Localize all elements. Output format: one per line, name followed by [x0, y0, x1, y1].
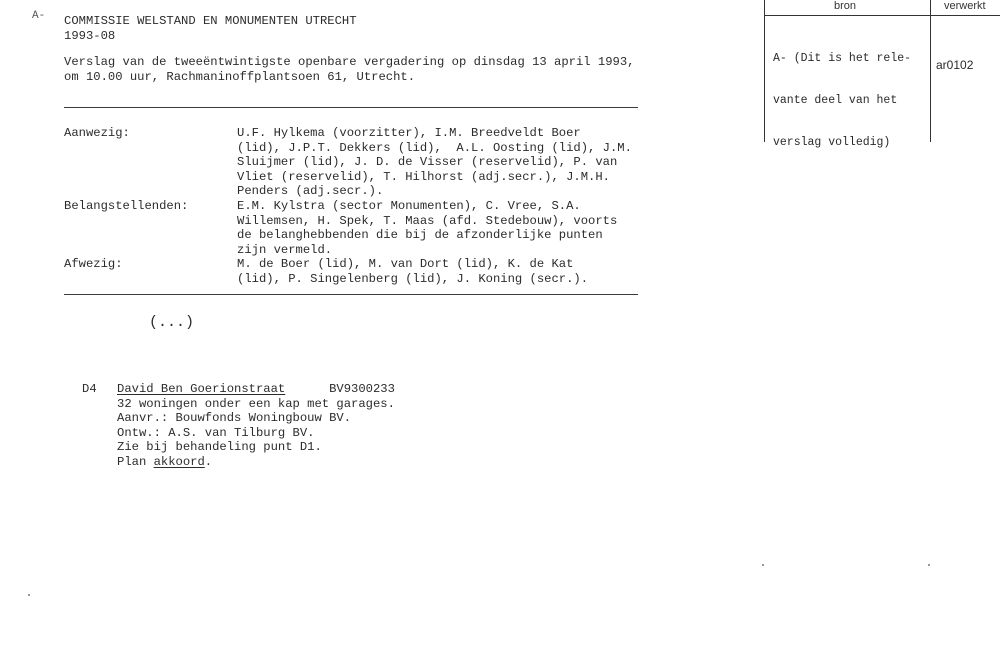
column-header-source: bron	[834, 0, 856, 12]
attendance-line: zijn vermeld.	[237, 243, 617, 258]
attendance-line: de belanghebbenden die bij de afzonderli…	[237, 228, 617, 243]
attendance-absent-names: M. de Boer (lid), M. van Dort (lid), K. …	[237, 257, 588, 286]
attendance-line: (lid), J.P.T. Dekkers (lid), A.L. Oostin…	[237, 141, 632, 156]
processed-code: ar0102	[936, 58, 973, 72]
verdict-status: akkoord	[154, 455, 205, 469]
column-header-processed: verwerkt	[944, 0, 986, 12]
attendance-line: Willemsen, H. Spek, T. Maas (afd. Stedeb…	[237, 214, 617, 229]
divider-top	[64, 107, 638, 108]
attendance-label-absent: Afwezig:	[64, 257, 123, 272]
attendance-line: E.M. Kylstra (sector Monumenten), C. Vre…	[237, 199, 617, 214]
agenda-item-code: D4	[82, 382, 97, 397]
attendance-line: M. de Boer (lid), M. van Dort (lid), K. …	[237, 257, 588, 272]
omission-ellipsis: (...)	[149, 316, 194, 331]
attendance-line: Vliet (reservelid), T. Hilhorst (adj.sec…	[237, 170, 632, 185]
organization-title: COMMISSIE WELSTAND EN MONUMENTEN UTRECHT	[64, 14, 357, 29]
agenda-item: David Ben Goerionstraat BV9300233 32 won…	[117, 382, 395, 470]
item-description: 32 woningen onder een kap met garages.	[117, 397, 395, 412]
scan-speck	[928, 564, 930, 566]
attendance-line: U.F. Hylkema (voorzitter), I.M. Breedvel…	[237, 126, 632, 141]
item-designer: Ontw.: A.S. van Tilburg BV.	[117, 426, 395, 441]
intro-line-1: Verslag van de tweeëntwintigste openbare…	[64, 55, 634, 70]
item-reference: Zie bij behandeling punt D1.	[117, 440, 395, 455]
meeting-intro: Verslag van de tweeëntwintigste openbare…	[64, 55, 634, 84]
scan-speck	[28, 594, 30, 596]
attendance-line: Penders (adj.secr.).	[237, 184, 632, 199]
item-verdict-row: Plan akkoord.	[117, 455, 395, 470]
scan-speck	[762, 564, 764, 566]
source-note-line: A- (Dit is het rele-	[773, 52, 911, 66]
attendance-line: (lid), P. Singelenberg (lid), J. Koning …	[237, 272, 588, 287]
source-note-line: verslag volledig)	[773, 136, 911, 150]
item-applicant: Aanvr.: Bouwfonds Woningbouw BV.	[117, 411, 395, 426]
case-number: BV9300233	[329, 382, 395, 396]
source-table: bron verwerkt A- (Dit is het rele- vante…	[764, 0, 1000, 142]
document-header: COMMISSIE WELSTAND EN MONUMENTEN UTRECHT…	[64, 14, 357, 43]
attendance-label-present: Aanwezig:	[64, 126, 130, 141]
attendance-interested-names: E.M. Kylstra (sector Monumenten), C. Vre…	[237, 199, 617, 257]
table-header-divider	[764, 15, 1000, 16]
intro-line-2: om 10.00 uur, Rachmaninoffplantsoen 61, …	[64, 70, 634, 85]
attendance-present-names: U.F. Hylkema (voorzitter), I.M. Breedvel…	[237, 126, 632, 199]
agenda-item-title-row: David Ben Goerionstraat BV9300233	[117, 382, 395, 397]
street-name: David Ben Goerionstraat	[117, 382, 285, 396]
attendance-label-interested: Belangstellenden:	[64, 199, 188, 214]
divider-bottom	[64, 294, 638, 295]
table-border-left	[764, 0, 765, 142]
attendance-line: Sluijmer (lid), J. D. de Visser (reserve…	[237, 155, 632, 170]
report-reference: 1993-08	[64, 29, 357, 44]
source-note-line: vante deel van het	[773, 94, 911, 108]
source-note: A- (Dit is het rele- vante deel van het …	[773, 24, 911, 178]
page-marker: A-	[32, 9, 45, 24]
table-column-divider	[930, 0, 931, 142]
